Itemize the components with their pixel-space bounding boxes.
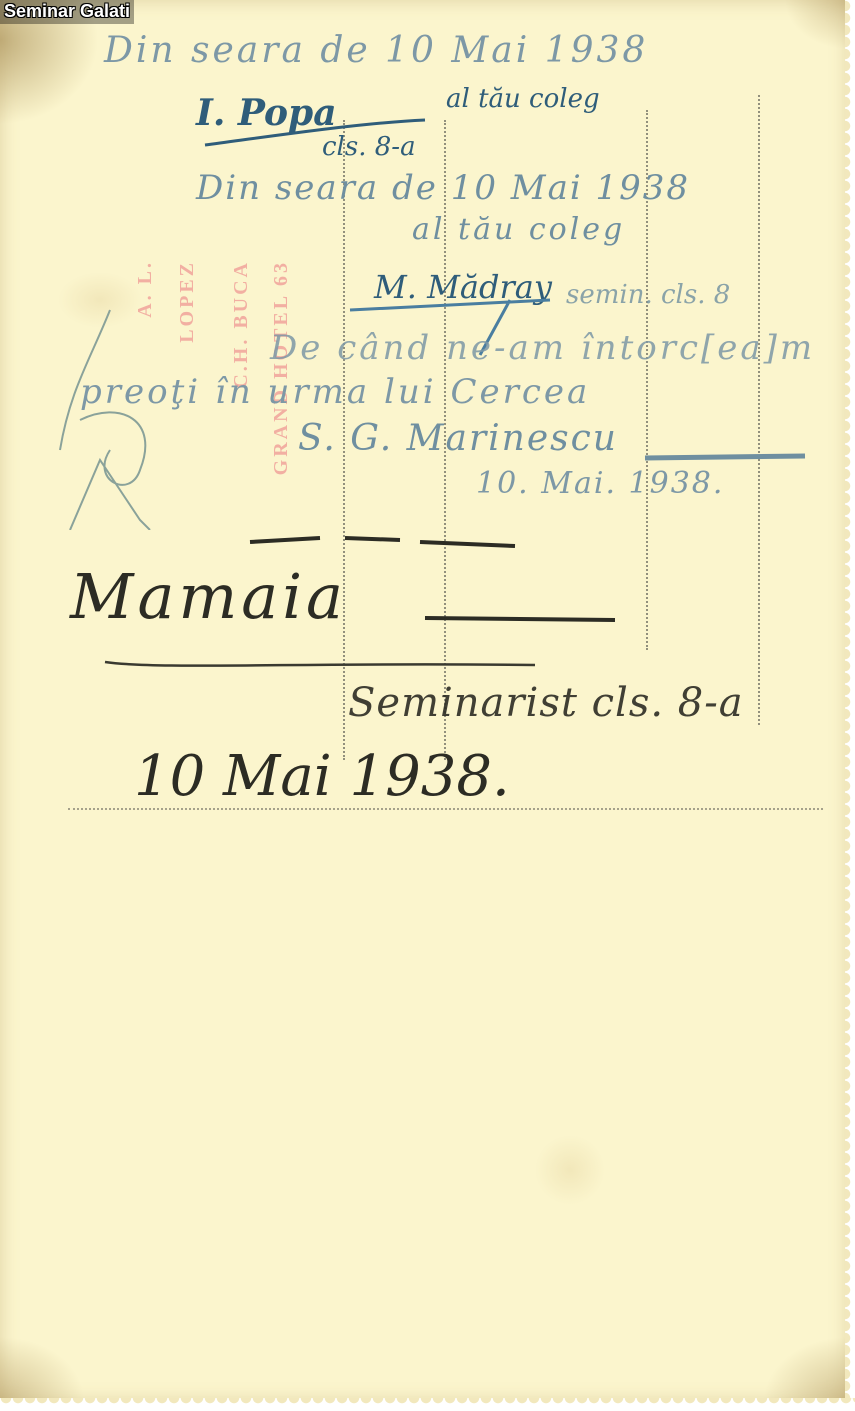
dedication-line: al tău coleg [446,84,600,114]
signature-underline [640,448,810,468]
postcard-back: GRAND HOTEL 63 C.H. BUCA LOPEZ A. L. Din… [0,0,848,1402]
dedication-line: Din seara de 10 Mai 1938 [104,30,648,71]
class-label: semin. cls. 8 [566,280,730,310]
signature-underline [420,610,620,630]
date: 10. Mai. 1938. [476,466,724,501]
deckled-edge [845,0,855,1411]
class-label: Seminarist cls. 8-a [348,680,744,726]
source-label: Seminar Galati [0,0,134,24]
guide-line [758,95,760,725]
pencil-scribble [50,300,220,530]
signature: S. G. Marinescu [298,418,618,459]
class-label: cls. 8-a [322,132,416,162]
strike-line [100,650,540,680]
stamp-line: C.H. BUCA [230,260,253,389]
deckled-edge [0,1398,855,1411]
date: 10 Mai 1938. [134,744,510,809]
accent-dashes [240,530,530,560]
signature: Mamaia [70,560,347,633]
dedication-line: preoţi în urma lui Cercea [80,372,590,412]
dedication-line: al tău coleg [412,212,625,247]
dedication-line: Din seara de 10 Mai 1938 [196,168,690,208]
dedication-line: De când ne-am întorc[ea]m [270,328,815,368]
